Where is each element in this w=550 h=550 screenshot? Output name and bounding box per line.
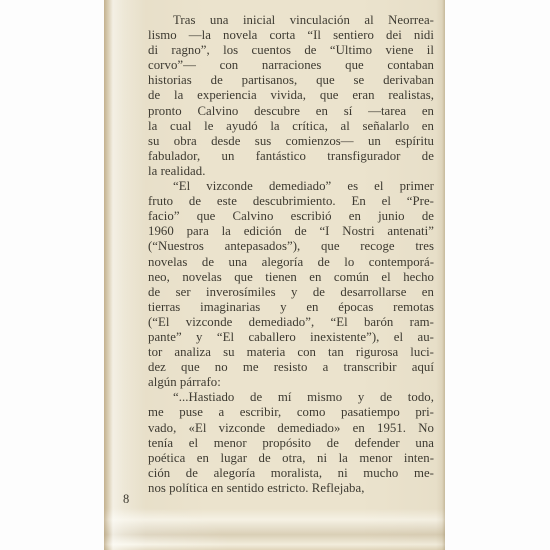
text-line: pronto Calvino descubre en sí —tarea en (148, 104, 434, 119)
text-line: (“El vizconde demediado”, “El barón ram- (148, 315, 434, 330)
text-line: lismo —la novela corta “Il sentiero dei … (148, 28, 434, 43)
page-number: 8 (123, 492, 129, 507)
text-line: nos política en sentido estricto. Reflej… (148, 481, 434, 496)
text-line: poética en lugar de otra, ni la menor in… (148, 451, 434, 466)
text-line: Tras una inicial vinculación al Neorrea- (148, 13, 434, 28)
text-line: neo, novelas que tienen en común el hech… (148, 270, 434, 285)
text-line: historias de partisanos, que se derivaba… (148, 73, 434, 88)
text-line: la realidad. (148, 164, 434, 179)
book-page: Tras una inicial vinculación al Neorrea-… (104, 0, 445, 550)
text-line: 1960 para la edición de “I Nostri antena… (148, 224, 434, 239)
text-line: tor analiza su materia con tan rigurosa … (148, 345, 434, 360)
text-line: me puse a escribir, como pasatiempo pri- (148, 405, 434, 420)
text-line: “...Hastiado de mí mismo y de todo, (148, 390, 434, 405)
text-line: corvo”— con narraciones que contaban (148, 58, 434, 73)
text-line: su obra desde sus comienzos— un espíritu (148, 134, 434, 149)
text-line: ción de alegoría moralista, ni mucho me- (148, 466, 434, 481)
text-line: tierras imaginarias y en épocas remotas (148, 300, 434, 315)
text-line: novelas de una alegoría de lo contemporá… (148, 255, 434, 270)
text-line: fruto de este descubrimiento. En el “Pre… (148, 194, 434, 209)
text-line: vado, «El vizconde demediado» en 1951. N… (148, 421, 434, 436)
text-line: di ragno”, los cuentos de “Ultimo viene … (148, 43, 434, 58)
text-line: dez que no me resisto a transcribir aquí (148, 360, 434, 375)
text-line: algún párrafo: (148, 375, 434, 390)
text-line: la cual le ayudó la crítica, al señalarl… (148, 119, 434, 134)
text-line: de la experiencia vivida, que eran reali… (148, 88, 434, 103)
text-line: fabulador, un fantástico transfigurador … (148, 149, 434, 164)
text-line: de ser inverosímiles y de desarrollarse … (148, 285, 434, 300)
text-line: facio” que Calvino escribió en junio de (148, 209, 434, 224)
text-line: (“Nuestros antepasados”), que recoge tre… (148, 239, 434, 254)
text-line: tenía el menor propósito de defender una (148, 436, 434, 451)
text-line: pante” y “El caballero inexistente”), el… (148, 330, 434, 345)
text-column: Tras una inicial vinculación al Neorrea-… (148, 13, 434, 496)
text-line: “El vizconde demediado” es el primer (148, 179, 434, 194)
